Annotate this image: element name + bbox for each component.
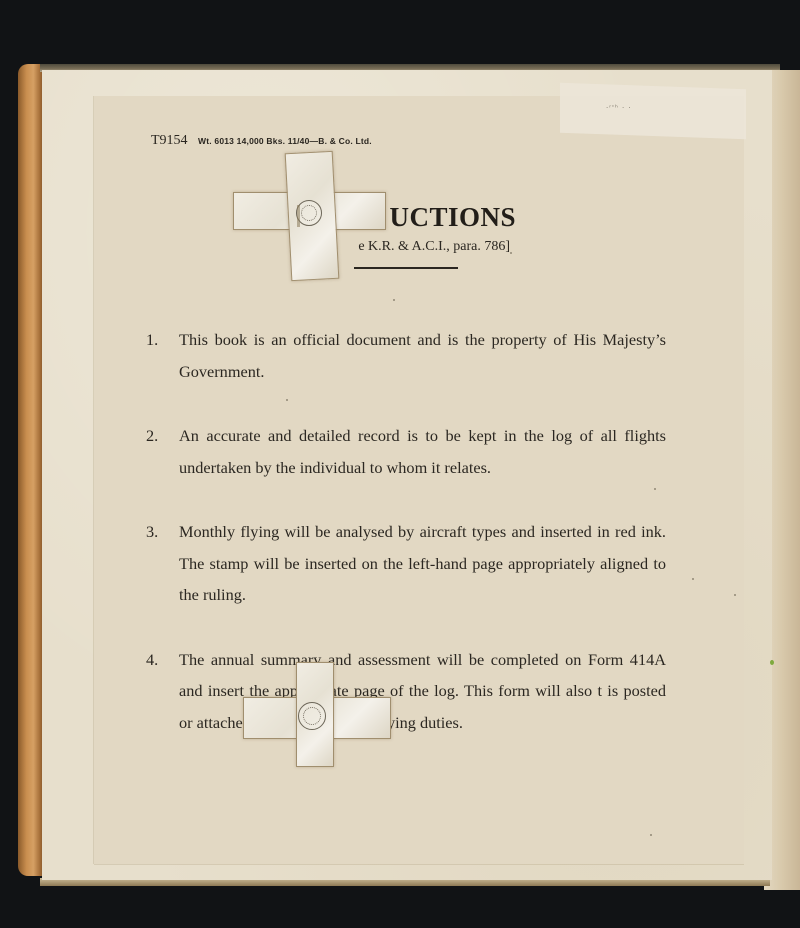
title-underline (354, 267, 458, 269)
instruction-item: 3. Monthly flying will be analysed by ai… (146, 516, 666, 611)
tape-tear-mark (297, 205, 300, 227)
print-run-info: Wt. 6013 14,000 Bks. 11/40—B. & Co. Ltd. (198, 136, 372, 146)
paper-speck (734, 594, 736, 596)
instruction-number: 4. (146, 644, 158, 676)
slip-pencil-marks: ·ʳ'ʰ · · (606, 104, 632, 112)
instruction-item: 1. This book is an official document and… (146, 324, 666, 387)
instruction-text: This book is an official document and is… (179, 330, 666, 381)
paper-speck (393, 299, 395, 301)
instruction-number: 2. (146, 420, 158, 452)
postmark-stamp-icon (298, 702, 326, 730)
paper-label-slip (560, 83, 746, 139)
form-code: T9154 (151, 133, 188, 148)
paper-speck (510, 252, 512, 254)
paper-speck (286, 399, 288, 401)
instruction-item: 2. An accurate and detailed record is to… (146, 420, 666, 483)
paper-speck (692, 578, 694, 580)
instruction-text: Monthly flying will be analysed by aircr… (179, 522, 666, 604)
printer-imprint: T9154 Wt. 6013 14,000 Bks. 11/40—B. & Co… (151, 131, 372, 149)
instructions-list: 1. This book is an official document and… (146, 324, 666, 738)
instruction-item: 4. The annual summary and assessment wil… (146, 644, 666, 739)
paper-speck-green (770, 660, 774, 665)
scan-stage: ·ʳ'ʰ · · T9154 Wt. 6013 14,000 Bks. 11/4… (0, 0, 800, 928)
instruction-number: 1. (146, 324, 158, 356)
instruction-number: 3. (146, 516, 158, 548)
instruction-text: An accurate and detailed record is to be… (179, 426, 666, 477)
paper-speck (654, 488, 656, 490)
paper-speck (650, 834, 652, 836)
